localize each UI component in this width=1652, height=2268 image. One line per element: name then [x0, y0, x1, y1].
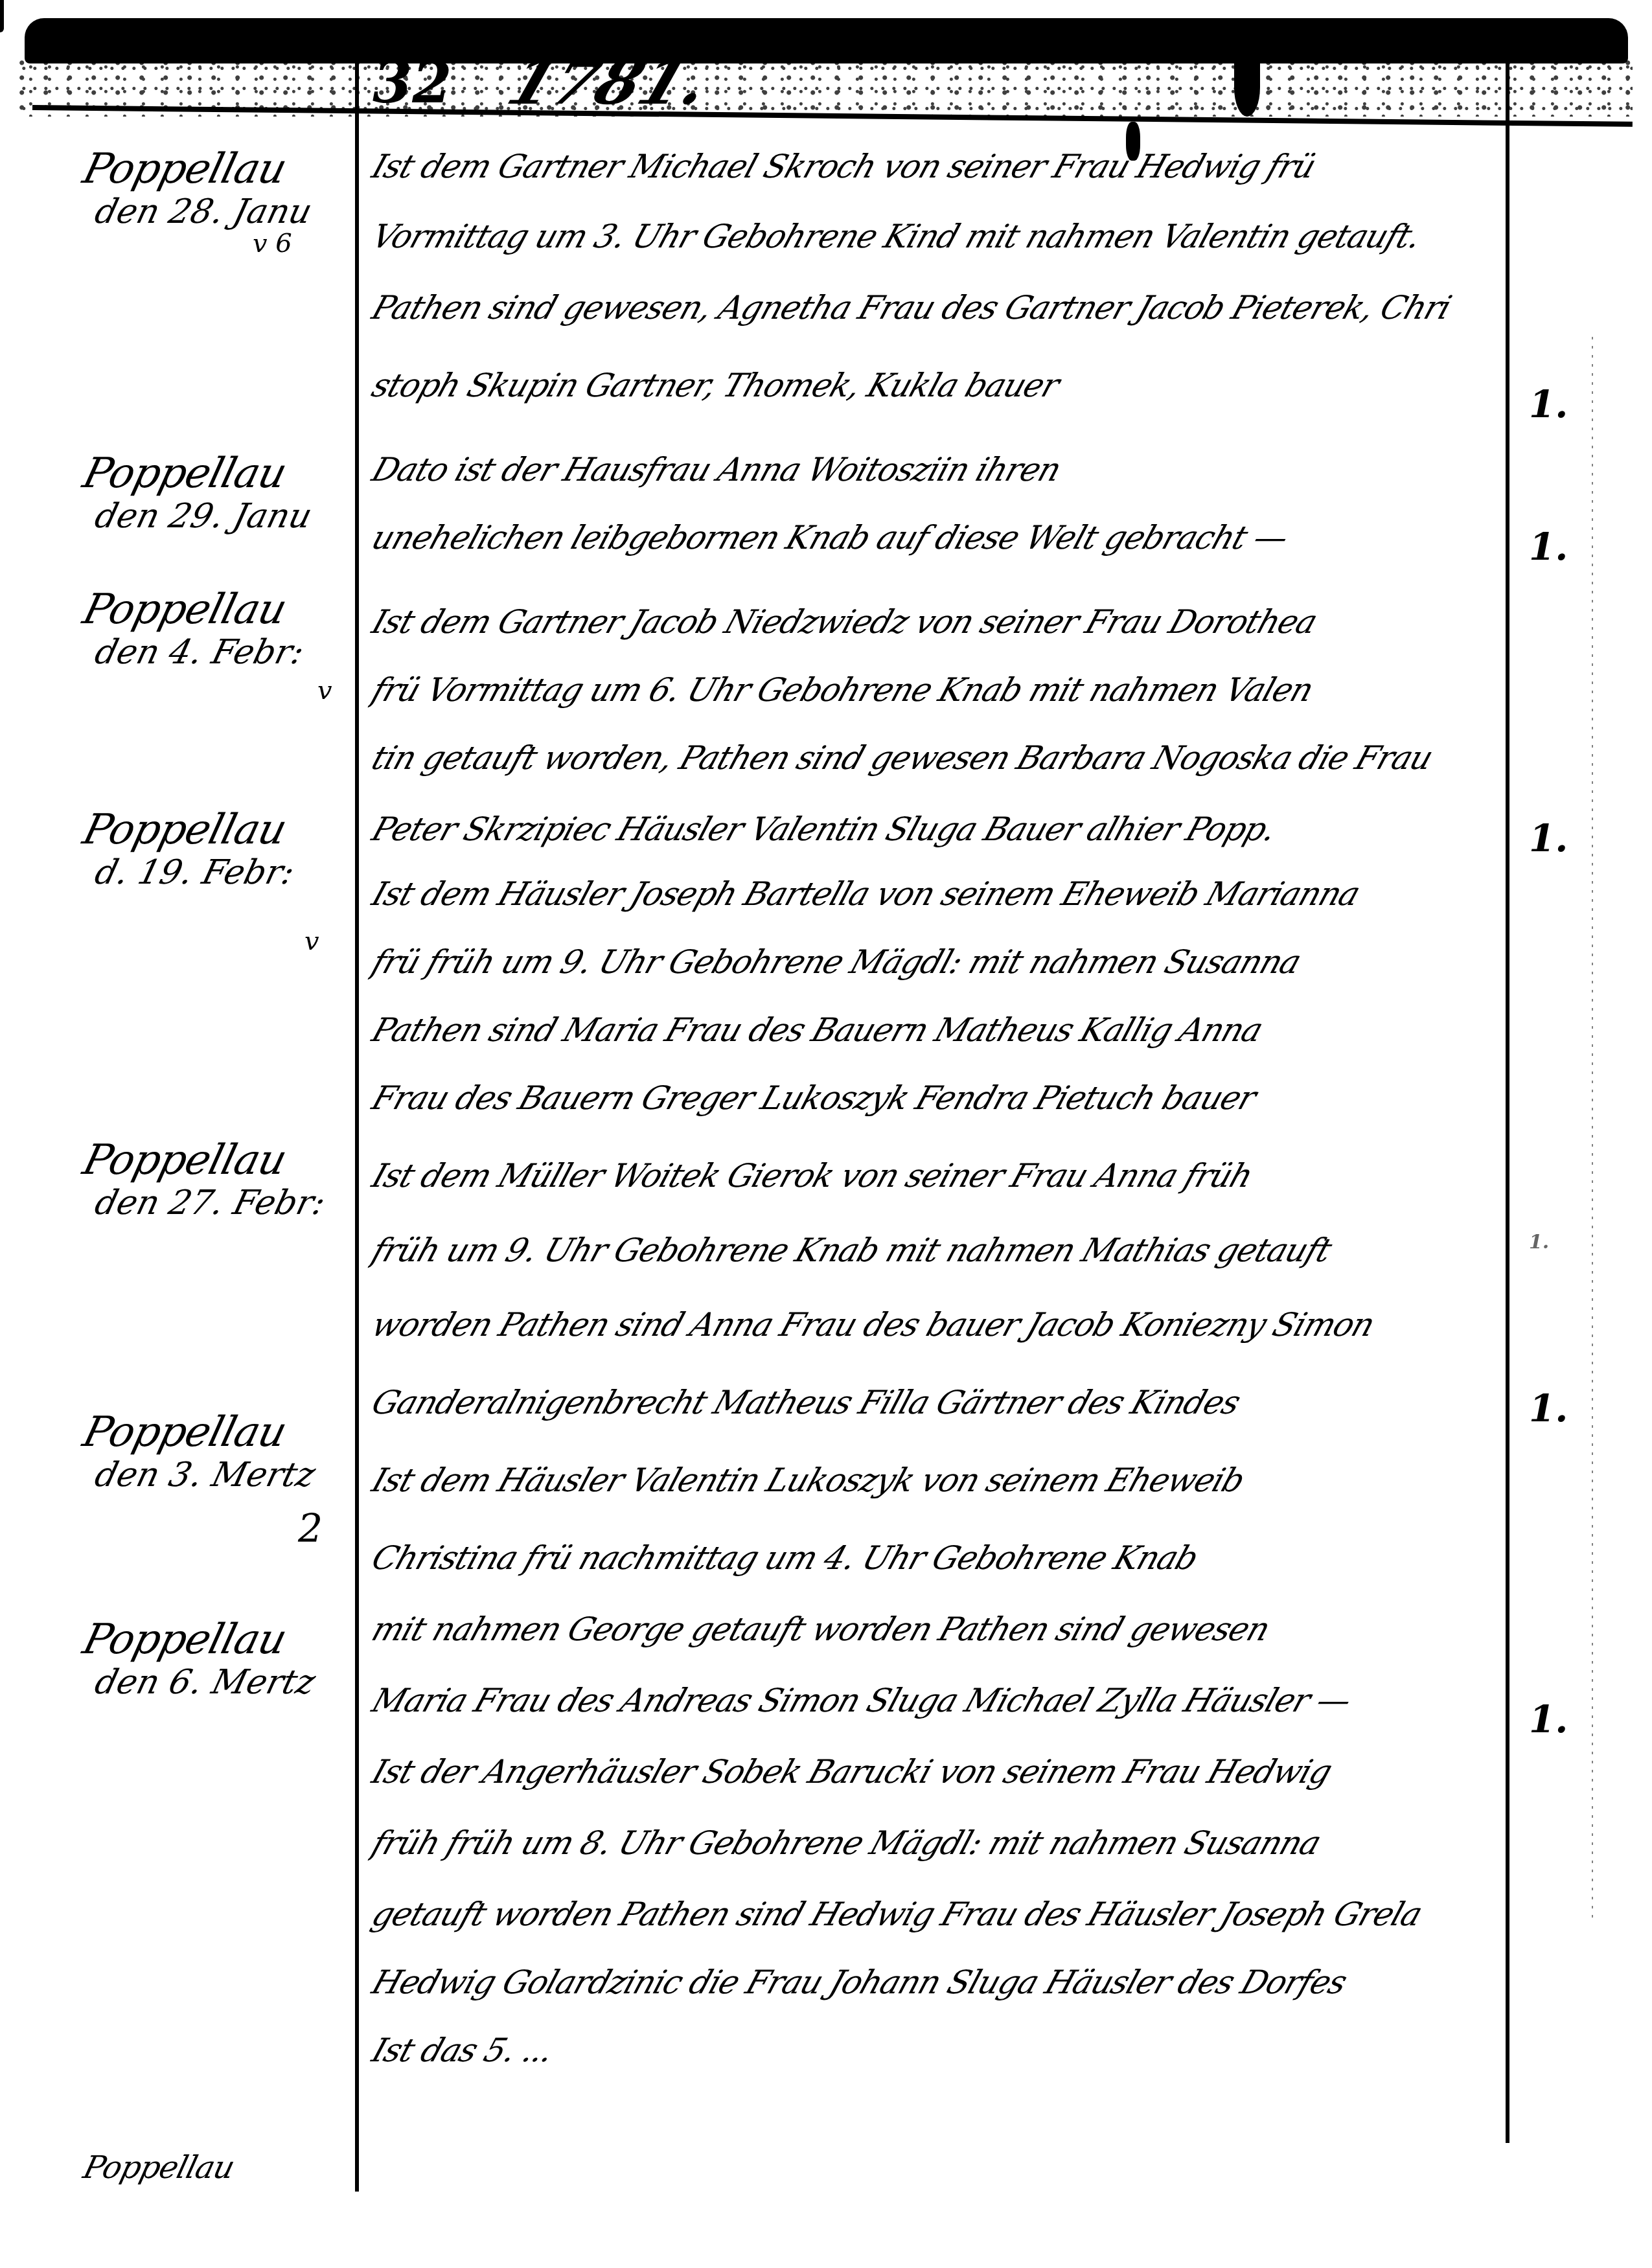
tally-mark: 1. [1529, 1697, 1568, 1741]
left-column-rule [355, 57, 359, 2192]
register-line: tin getauft worden, Pathen sind gewesen … [366, 735, 1515, 781]
entry-date: den 29. Janu [80, 497, 361, 536]
place-name: Poppellau [78, 586, 362, 633]
place-name: Poppellau [78, 450, 362, 497]
register-line: Pathen sind gewesen, Agnetha Frau des Ga… [366, 285, 1515, 330]
place-name: Poppellau [78, 146, 362, 192]
margin-note: v 6 [253, 229, 292, 258]
register-line: Pathen sind Maria Frau des Bauern Matheu… [366, 1007, 1515, 1053]
register-line: Ist dem Gartner Jacob Niedzwiedz von sei… [366, 599, 1515, 645]
left-entry-2: Poppellau den 29. Janu [84, 450, 356, 536]
margin-note: 2 [298, 1506, 323, 1552]
register-line: Ganderalnigenbrecht Matheus Filla Gärtne… [366, 1380, 1515, 1425]
entry-date: den 4. Febr: [80, 633, 361, 672]
place-name: Poppellau [78, 2144, 362, 2191]
scan-edge-mark [0, 0, 4, 32]
register-line: frü früh um 9. Uhr Gebohrene Mägdl: mit … [366, 939, 1515, 985]
register-line: unehelichen leibgebornen Knab auf diese … [366, 515, 1515, 560]
page-right-edge [1592, 337, 1593, 1924]
register-line: Hedwig Golardzinic die Frau Johann Sluga… [366, 1960, 1515, 2005]
register-line: worden Pathen sind Anna Frau des bauer J… [366, 1302, 1515, 1347]
register-line: Dato ist der Hausfrau Anna Woitosziin ih… [366, 447, 1515, 492]
tally-mark: 1. [1529, 525, 1568, 569]
left-entry-1: Poppellau den 28. Janu v 6 [84, 146, 356, 231]
ink-drip [1234, 58, 1260, 117]
register-line: stoph Skupin Gartner, Thomek, Kukla baue… [366, 363, 1515, 408]
place-name: Poppellau [78, 1137, 362, 1184]
register-line: früh früh um 8. Uhr Gebohrene Mägdl: mit… [366, 1820, 1515, 1866]
year-heading: 1781. [498, 45, 720, 119]
place-name: Poppellau [78, 807, 362, 853]
register-line: Ist dem Häusler Joseph Bartella von sein… [366, 871, 1515, 917]
entry-date: den 28. Janu [80, 192, 361, 231]
left-entry-3: Poppellau den 4. Febr: v [84, 586, 356, 672]
margin-note: v [304, 926, 319, 956]
register-line: Ist der Angerhäusler Sobek Barucki von s… [366, 1749, 1515, 1794]
tally-mark: 1. [1529, 816, 1568, 860]
register-line: getauft worden Pathen sind Hedwig Frau d… [366, 1892, 1515, 1937]
entry-date: den 27. Febr: [80, 1184, 361, 1222]
left-entry-4: Poppellau d. 19. Febr: v [84, 807, 356, 892]
register-line: Ist dem Gartner Michael Skroch von seine… [366, 144, 1515, 189]
tally-mark: 1. [1529, 1386, 1568, 1430]
register-line: Frau des Bauern Greger Lukoszyk Fendra P… [366, 1075, 1515, 1121]
left-entry-6: Poppellau den 3. Mertz 2 [84, 1409, 356, 1495]
entry-date: den 6. Mertz [80, 1663, 361, 1702]
place-name: Poppellau [78, 1409, 362, 1456]
left-entry-5: Poppellau den 27. Febr: [84, 1137, 356, 1222]
register-line: mit nahmen George getauft worden Pathen … [366, 1607, 1515, 1652]
register-line: Ist dem Häusler Valentin Lukoszyk von se… [366, 1458, 1515, 1503]
scanned-register-page: 32 1781. Poppellau den 28. Janu v 6 Popp… [0, 0, 1652, 2268]
entry-date: d. 19. Febr: [80, 853, 361, 892]
register-line: Christina frü nachmittag um 4. Uhr Geboh… [366, 1535, 1515, 1581]
register-line: Ist dem Müller Woitek Gierok von seiner … [366, 1153, 1515, 1198]
register-line: Ist das 5. ... [366, 2028, 1515, 2073]
page-number: 32 [373, 49, 452, 116]
register-line: Peter Skrzipiec Häusler Valentin Sluga B… [366, 807, 1515, 852]
register-line: frü Vormittag um 6. Uhr Gebohrene Knab m… [366, 667, 1515, 713]
register-line: früh um 9. Uhr Gebohrene Knab mit nahmen… [366, 1228, 1515, 1273]
tally-mark: 1. [1529, 1231, 1549, 1254]
left-entry-8: Poppellau [84, 2144, 356, 2191]
entry-date: den 3. Mertz [80, 1456, 361, 1495]
register-line: Maria Frau des Andreas Simon Sluga Micha… [366, 1678, 1515, 1723]
register-line: Vormittag um 3. Uhr Gebohrene Kind mit n… [366, 214, 1515, 259]
tally-mark: 1. [1529, 382, 1568, 426]
place-name: Poppellau [78, 1616, 362, 1663]
dark-scan-band [25, 18, 1628, 63]
margin-note: v [317, 676, 332, 705]
left-entry-7: Poppellau den 6. Mertz [84, 1616, 356, 1702]
